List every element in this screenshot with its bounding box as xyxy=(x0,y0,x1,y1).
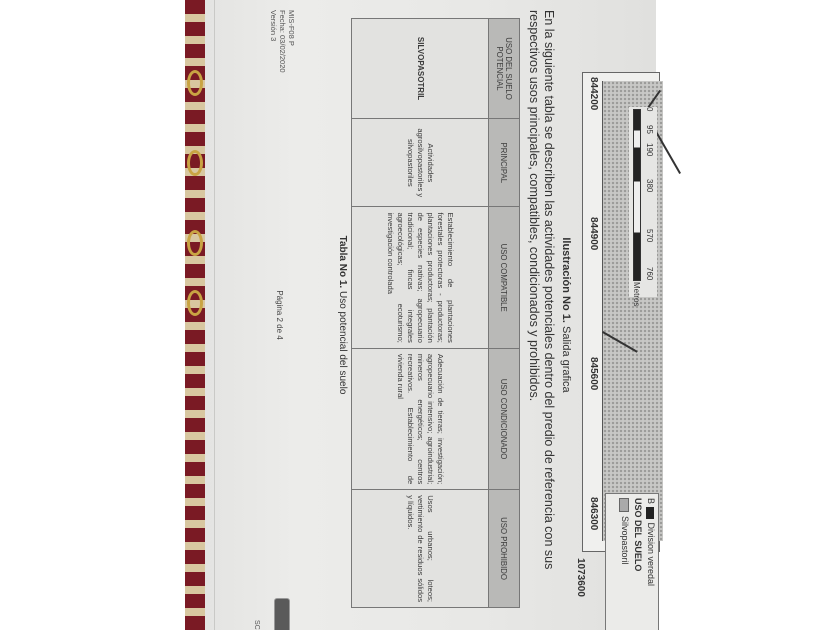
table-caption-prefix: Tabla No 1. xyxy=(337,236,348,289)
division-swatch-icon xyxy=(646,507,654,519)
document-code: MIS-F08 P xyxy=(287,10,296,73)
legend-item-label: Silvopastoril xyxy=(620,516,630,565)
map-x-coord: 844900 xyxy=(588,217,599,250)
map-area: 0 95 190 380 570 760 Metros B Division v… xyxy=(602,81,663,541)
decorative-ring xyxy=(187,290,203,316)
page-number: Página 2 de 4 xyxy=(275,0,284,630)
map-frame-box: 0 95 190 380 570 760 Metros B Division v… xyxy=(582,72,660,552)
scale-bar-panel: 0 95 190 380 570 760 Metros xyxy=(629,107,657,297)
fabric-border xyxy=(185,0,205,630)
scale-label: 0 xyxy=(645,107,654,111)
illustration-caption: Ilustración No 1. Salida grafica xyxy=(560,0,572,630)
header-prohibited: USO PROHIBIDO xyxy=(489,490,520,608)
decorative-ring xyxy=(187,230,203,256)
map-y-coord: 1073600 xyxy=(575,558,586,597)
map-legend: B Division veredal USO DEL SUELO Silvopa… xyxy=(605,493,659,630)
intro-paragraph: En la siguiente tabla se describen las a… xyxy=(526,10,556,620)
decorative-ring xyxy=(187,150,203,176)
background-right xyxy=(656,0,840,630)
scale-unit: Metros xyxy=(632,282,641,306)
cell-conditioned: Adecuación de tierras; investigación; ag… xyxy=(352,348,489,489)
rotated-document: 0 95 190 380 570 760 Metros B Division v… xyxy=(205,0,656,630)
decorative-ring xyxy=(187,70,203,96)
table-row: SILVOPASOTRIL Actividades agrosilvopasto… xyxy=(352,19,489,608)
legend-division-label: Division veredal xyxy=(646,523,656,587)
header-principal: PRINCIPAL xyxy=(489,119,520,207)
scale-label: 380 xyxy=(645,179,654,192)
cell-principal: Actividades agrosilvopastoriles y silvop… xyxy=(352,119,489,207)
legend-marker: B xyxy=(646,498,656,504)
legend-section-title: USO DEL SUELO xyxy=(633,498,643,571)
scale-label: 570 xyxy=(645,229,654,242)
background-left xyxy=(0,0,185,630)
table-caption: Tabla No 1. Uso potencial del suelo xyxy=(337,0,348,630)
table-caption-text: Uso potencial del suelo xyxy=(337,291,348,394)
map-x-coord: 845600 xyxy=(588,357,599,390)
illustration-caption-prefix: Ilustración No 1. xyxy=(560,237,572,323)
cell-compatible: Establecimiento de plantaciones forestal… xyxy=(352,207,489,348)
header-conditioned: USO CONDICIONADO xyxy=(489,348,520,489)
cell-prohibited: Usos urbanos; loteos; vertimiento de res… xyxy=(352,490,489,608)
map-x-coord: 846300 xyxy=(588,497,599,530)
cell-potential: SILVOPASOTRIL xyxy=(352,19,489,119)
map-x-coord: 844200 xyxy=(588,77,599,110)
stamp-logo-icon xyxy=(274,598,290,630)
scale-label: 95 xyxy=(645,125,654,134)
stamp-text: SC xyxy=(253,620,260,630)
map-boundary-line xyxy=(602,331,638,353)
header-compatible: USO COMPATIBLE xyxy=(489,207,520,348)
scale-bar xyxy=(633,109,641,281)
illustration-caption-text: Salida grafica xyxy=(560,326,572,393)
land-use-table: USO DEL SUELO POTENCIAL PRINCIPAL USO CO… xyxy=(351,18,520,608)
silvopastoril-swatch-icon xyxy=(619,498,629,512)
map-illustration: 0 95 190 380 570 760 Metros B Division v… xyxy=(561,0,656,598)
scale-label: 760 xyxy=(645,267,654,280)
scale-label: 190 xyxy=(645,143,654,156)
header-potential: USO DEL SUELO POTENCIAL xyxy=(489,19,520,119)
table-header-row: USO DEL SUELO POTENCIAL PRINCIPAL USO CO… xyxy=(489,19,520,608)
